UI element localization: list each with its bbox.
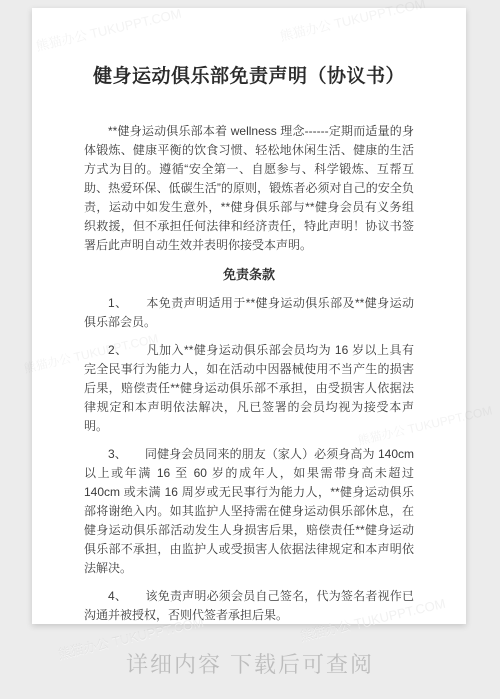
clause-1: 1、 本免责声明适用于**健身运动俱乐部及**健身运动俱乐部会员。 <box>84 294 414 332</box>
footer-bar: 熊猫办公 TUKUPPT.COM 熊猫办公 TUKUPPT.COM 详细内容 下… <box>0 624 500 699</box>
watermark-text: 熊猫办公 TUKUPPT.COM <box>278 0 427 45</box>
clause-3: 3、 同健身会员同来的朋友（家人）必须身高为 140cm 以上或年满 16 至 … <box>84 445 414 578</box>
document-page: 熊猫办公 TUKUPPT.COM 熊猫办公 TUKUPPT.COM 熊猫办公 T… <box>32 8 466 624</box>
intro-paragraph: **健身运动俱乐部本着 wellness 理念------定期而适量的身体锻炼、… <box>84 122 414 255</box>
clause-4: 4、 该免责声明必须会员自己签名，代为签名者视作已沟通并被授权，否则代签者承担后… <box>84 587 414 625</box>
footer-note: 详细内容 下载后可查阅 <box>0 652 500 678</box>
clause-2: 2、 凡加入**健身运动俱乐部会员均为 16 岁以上具有完全民事行为能力人，如在… <box>84 341 414 436</box>
document-title: 健身运动俱乐部免责声明（协议书） <box>84 64 414 90</box>
section-heading: 免责条款 <box>84 266 414 284</box>
watermark-text: 熊猫办公 TUKUPPT.COM <box>34 3 183 55</box>
screen: 熊猫办公 TUKUPPT.COM 熊猫办公 TUKUPPT.COM 熊猫办公 T… <box>0 0 500 699</box>
